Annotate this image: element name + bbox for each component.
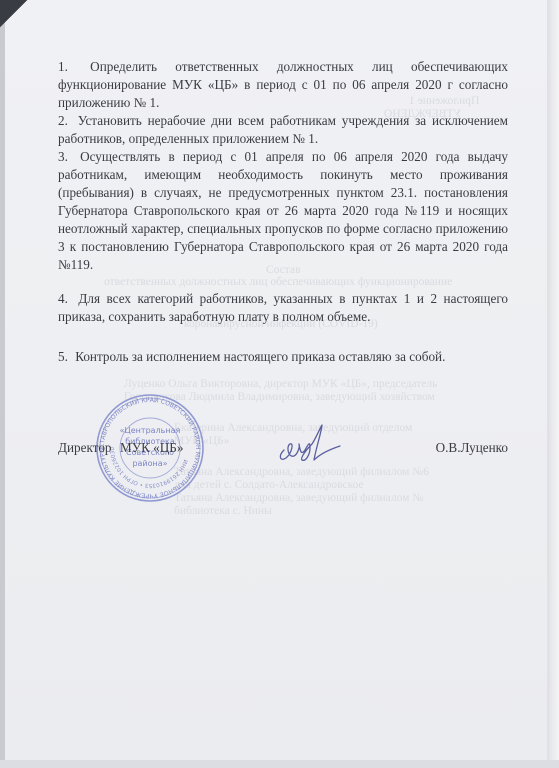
stamp-center-line: «Центральная (120, 426, 181, 435)
paragraph-number: 1. (58, 59, 68, 74)
paragraph-1: 1. Определить ответственных должностных … (58, 58, 508, 112)
paragraph-number: 5. (58, 349, 68, 364)
paragraph-text: Для всех категорий работников, указанных… (58, 291, 508, 324)
signatory-organization: МУК «ЦБ» (120, 440, 183, 456)
document-page: Приложение 1 УТВЕРЖДЕНО Состав ответстве… (4, 0, 549, 760)
paragraph-number: 2. (58, 113, 68, 128)
page-bottom-edge (0, 760, 559, 768)
paragraph-text: Установить нерабочие дни всем работникам… (58, 113, 508, 146)
show-through-line: Татьяна Александровна, заведующий филиал… (174, 492, 423, 505)
paragraph-text: Осуществлять в период с 01 апреля по 06 … (58, 149, 508, 272)
paragraph-number: 3. (58, 149, 68, 164)
show-through-line: ответственных должностных лиц обеспечива… (104, 276, 452, 289)
page-left-edge (0, 0, 5, 768)
page-right-edge (547, 0, 559, 768)
paragraph-5: 5. Контроль за исполнением настоящего пр… (58, 348, 508, 366)
show-through-line: библиотека с. Нины (174, 505, 272, 518)
paragraph-4: 4. Для всех категорий работников, указан… (58, 290, 508, 326)
signatory-title: Директор (58, 440, 112, 456)
handwritten-signature-icon (272, 420, 362, 465)
paragraph-number: 4. (58, 291, 68, 306)
signatory-name: О.В.Луценко (436, 440, 508, 456)
paragraph-text: Контроль за исполнением настоящего прика… (75, 349, 445, 364)
show-through-line: Татьяна Александровна, заведующий филиал… (174, 466, 429, 479)
paragraph-2: 2. Установить нерабочие дни всем работни… (58, 112, 508, 148)
stamp-center-line: района» (132, 459, 167, 468)
paragraph-3: 3. Осуществлять в период с 01 апреля по … (58, 148, 508, 274)
show-through-line: Луценко Ольга Викторовна, директор МУК «… (124, 378, 437, 391)
paragraph-text: Определить ответственных должностных лиц… (58, 59, 508, 110)
folded-corner (0, 0, 30, 30)
